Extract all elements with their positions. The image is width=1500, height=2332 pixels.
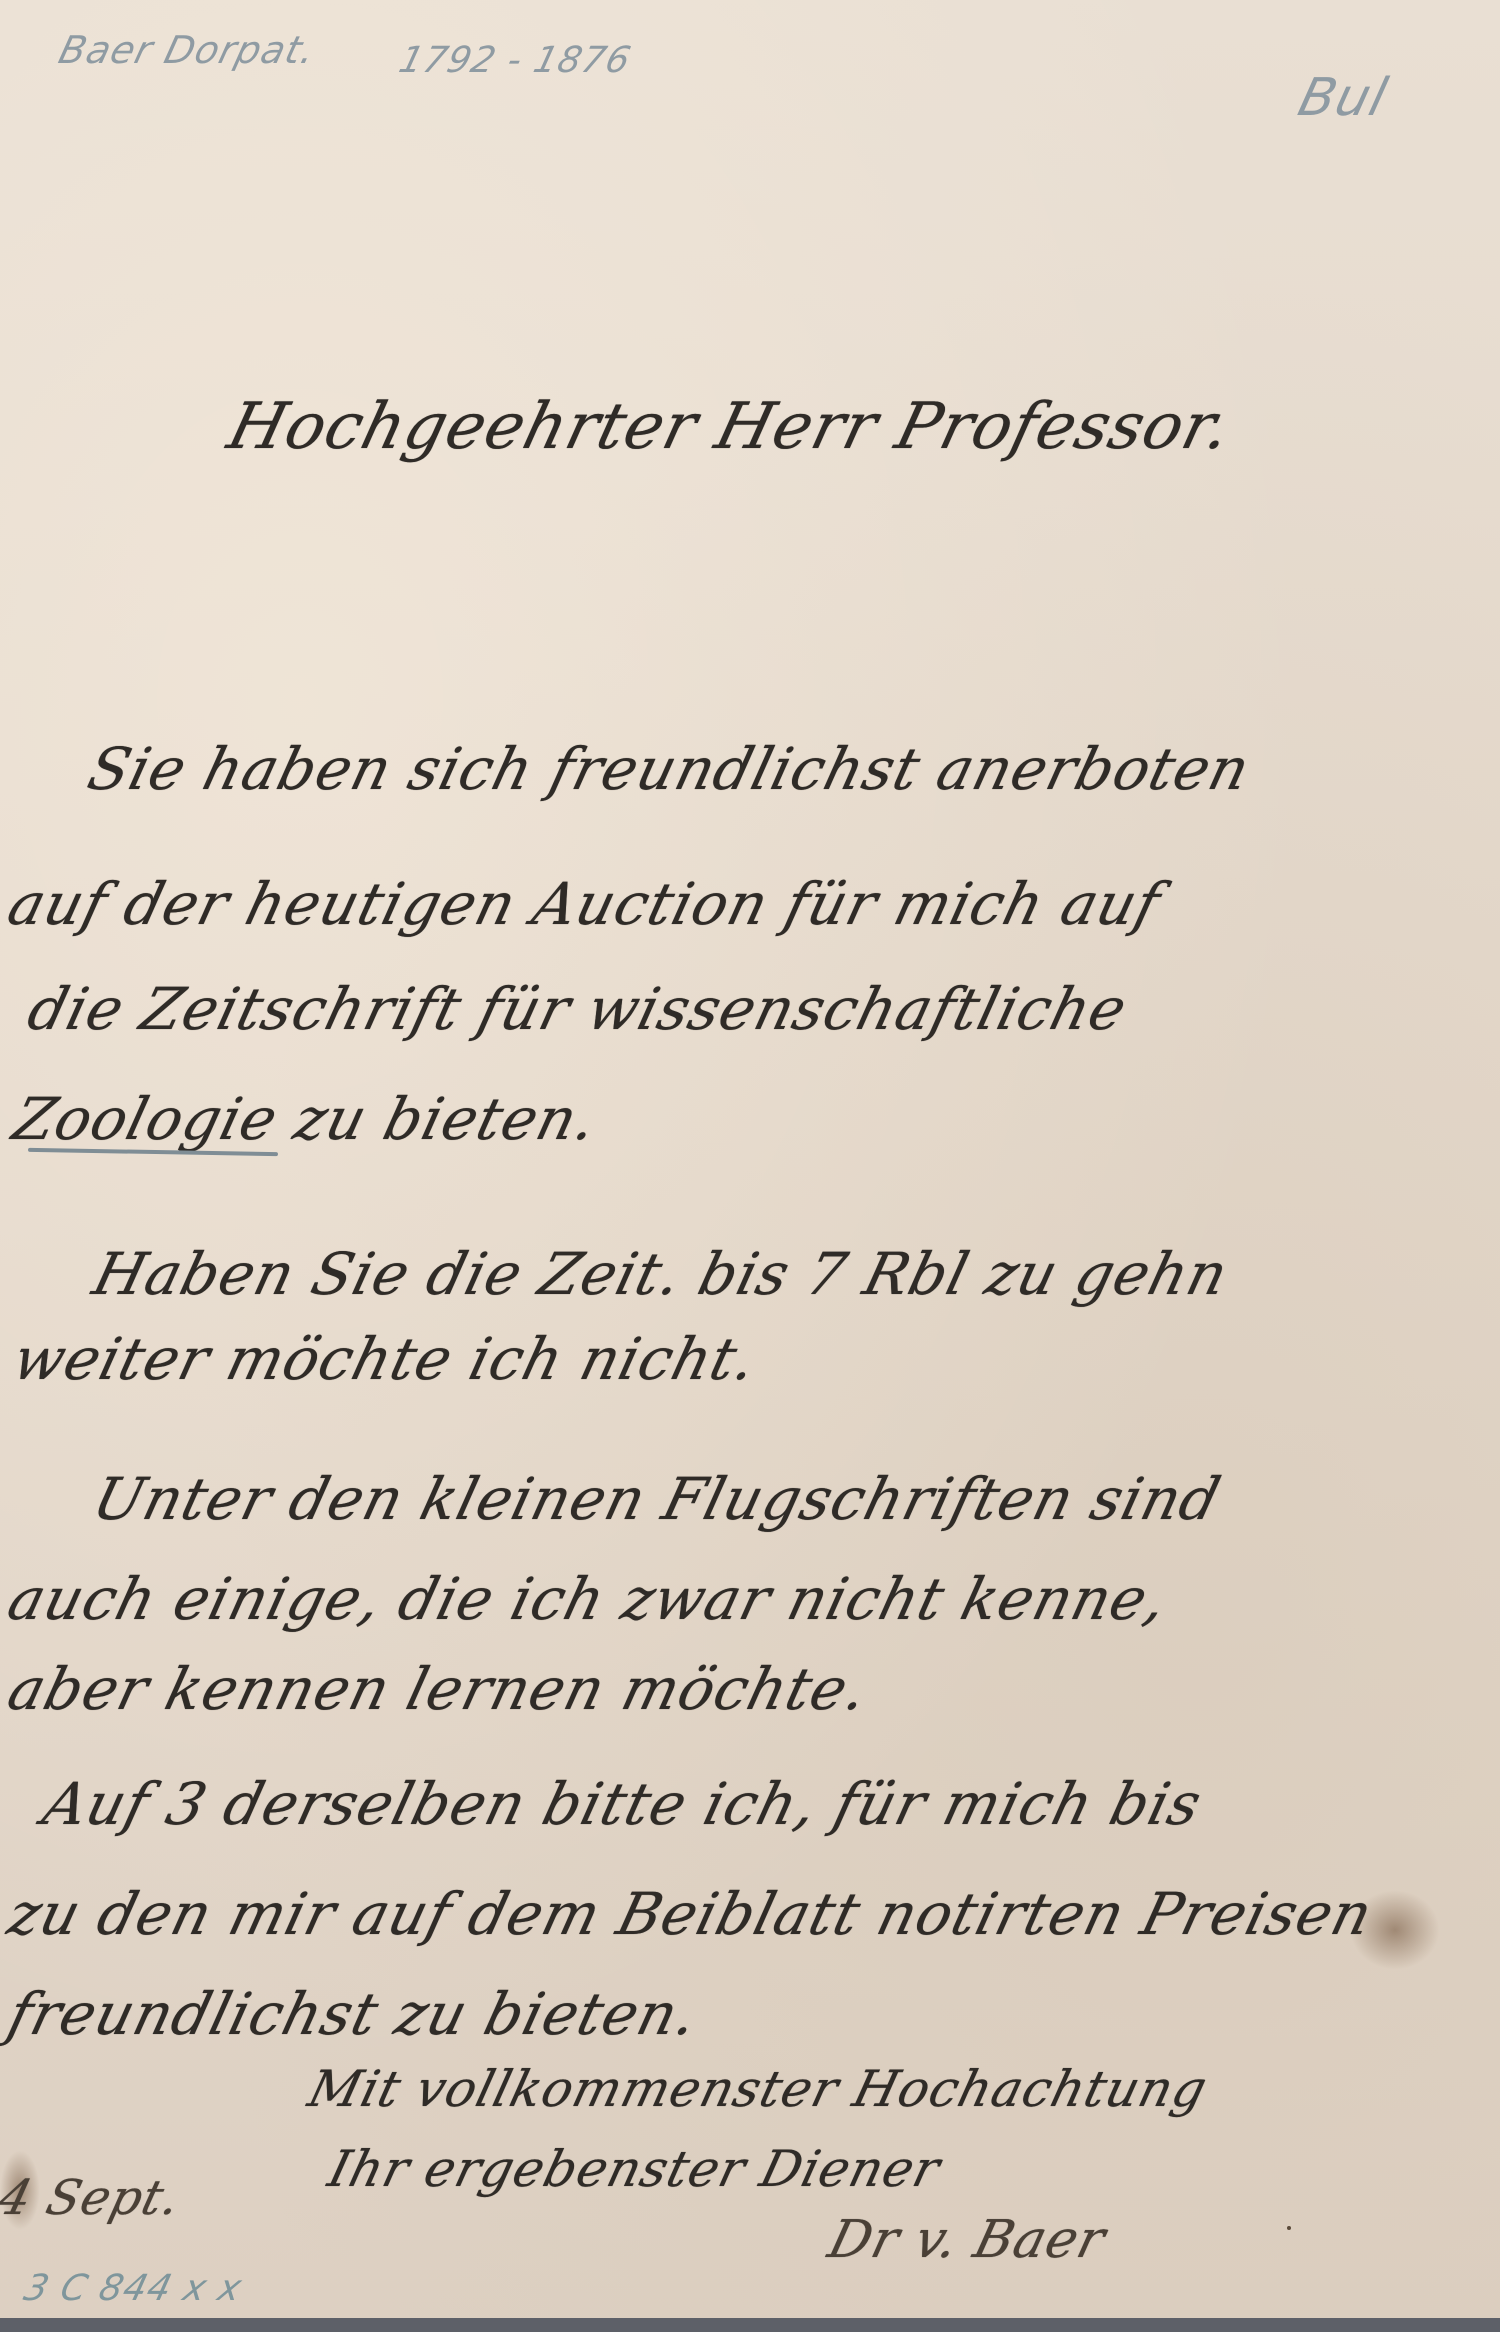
scan-bottom-edge (0, 2318, 1500, 2332)
letter-page: Baer Dorpat. 1792 - 1876 Bul Hochgeehrte… (0, 0, 1500, 2318)
letter-line-5: Haben Sie die Zeit. bis 7 Rbl zu gehn (87, 1240, 1236, 1308)
letter-line-3: die Zeitschrift für wissenschaftliche (22, 975, 1135, 1043)
closing-line-2: Ihr ergebenster Diener (323, 2140, 947, 2198)
ink-smudge (1350, 1890, 1440, 1970)
archive-note-years: 1792 - 1876 (395, 40, 635, 81)
closing-line-1: Mit vollkommenster Hochachtung (303, 2060, 1214, 2118)
letter-line-4: Zoologie zu bieten. (7, 1085, 605, 1153)
signature: Dr v. Baer (823, 2210, 1112, 2270)
letter-line-6: weiter möchte ich nicht. (7, 1325, 764, 1393)
paper-speck (1287, 2226, 1291, 2230)
letter-date: 4 Sept. (0, 2170, 186, 2226)
letter-line-11: zu den mir auf dem Beiblatt notirten Pre… (2, 1880, 1380, 1948)
letter-salutation: Hochgeehrter Herr Professor. (221, 390, 1239, 464)
archive-note-top-right: Bul (1293, 68, 1394, 128)
catalogue-number: 3 C 844 x x (20, 2268, 246, 2309)
letter-line-10: Auf 3 derselben bitte ich, für mich bis (37, 1770, 1209, 1838)
letter-line-1: Sie haben sich freundlichst anerboten (82, 735, 1258, 803)
letter-line-7: Unter den kleinen Flugschriften sind (87, 1465, 1228, 1533)
letter-line-8: auch einige, die ich zwar nicht kenne, (2, 1565, 1175, 1633)
letter-line-9: aber kennen lernen möchte. (2, 1655, 875, 1723)
archive-note-name: Baer Dorpat. (55, 28, 321, 72)
letter-line-12: freundlichst zu bieten. (2, 1980, 706, 2048)
letter-line-2: auf der heutigen Auction für mich auf (2, 870, 1168, 938)
